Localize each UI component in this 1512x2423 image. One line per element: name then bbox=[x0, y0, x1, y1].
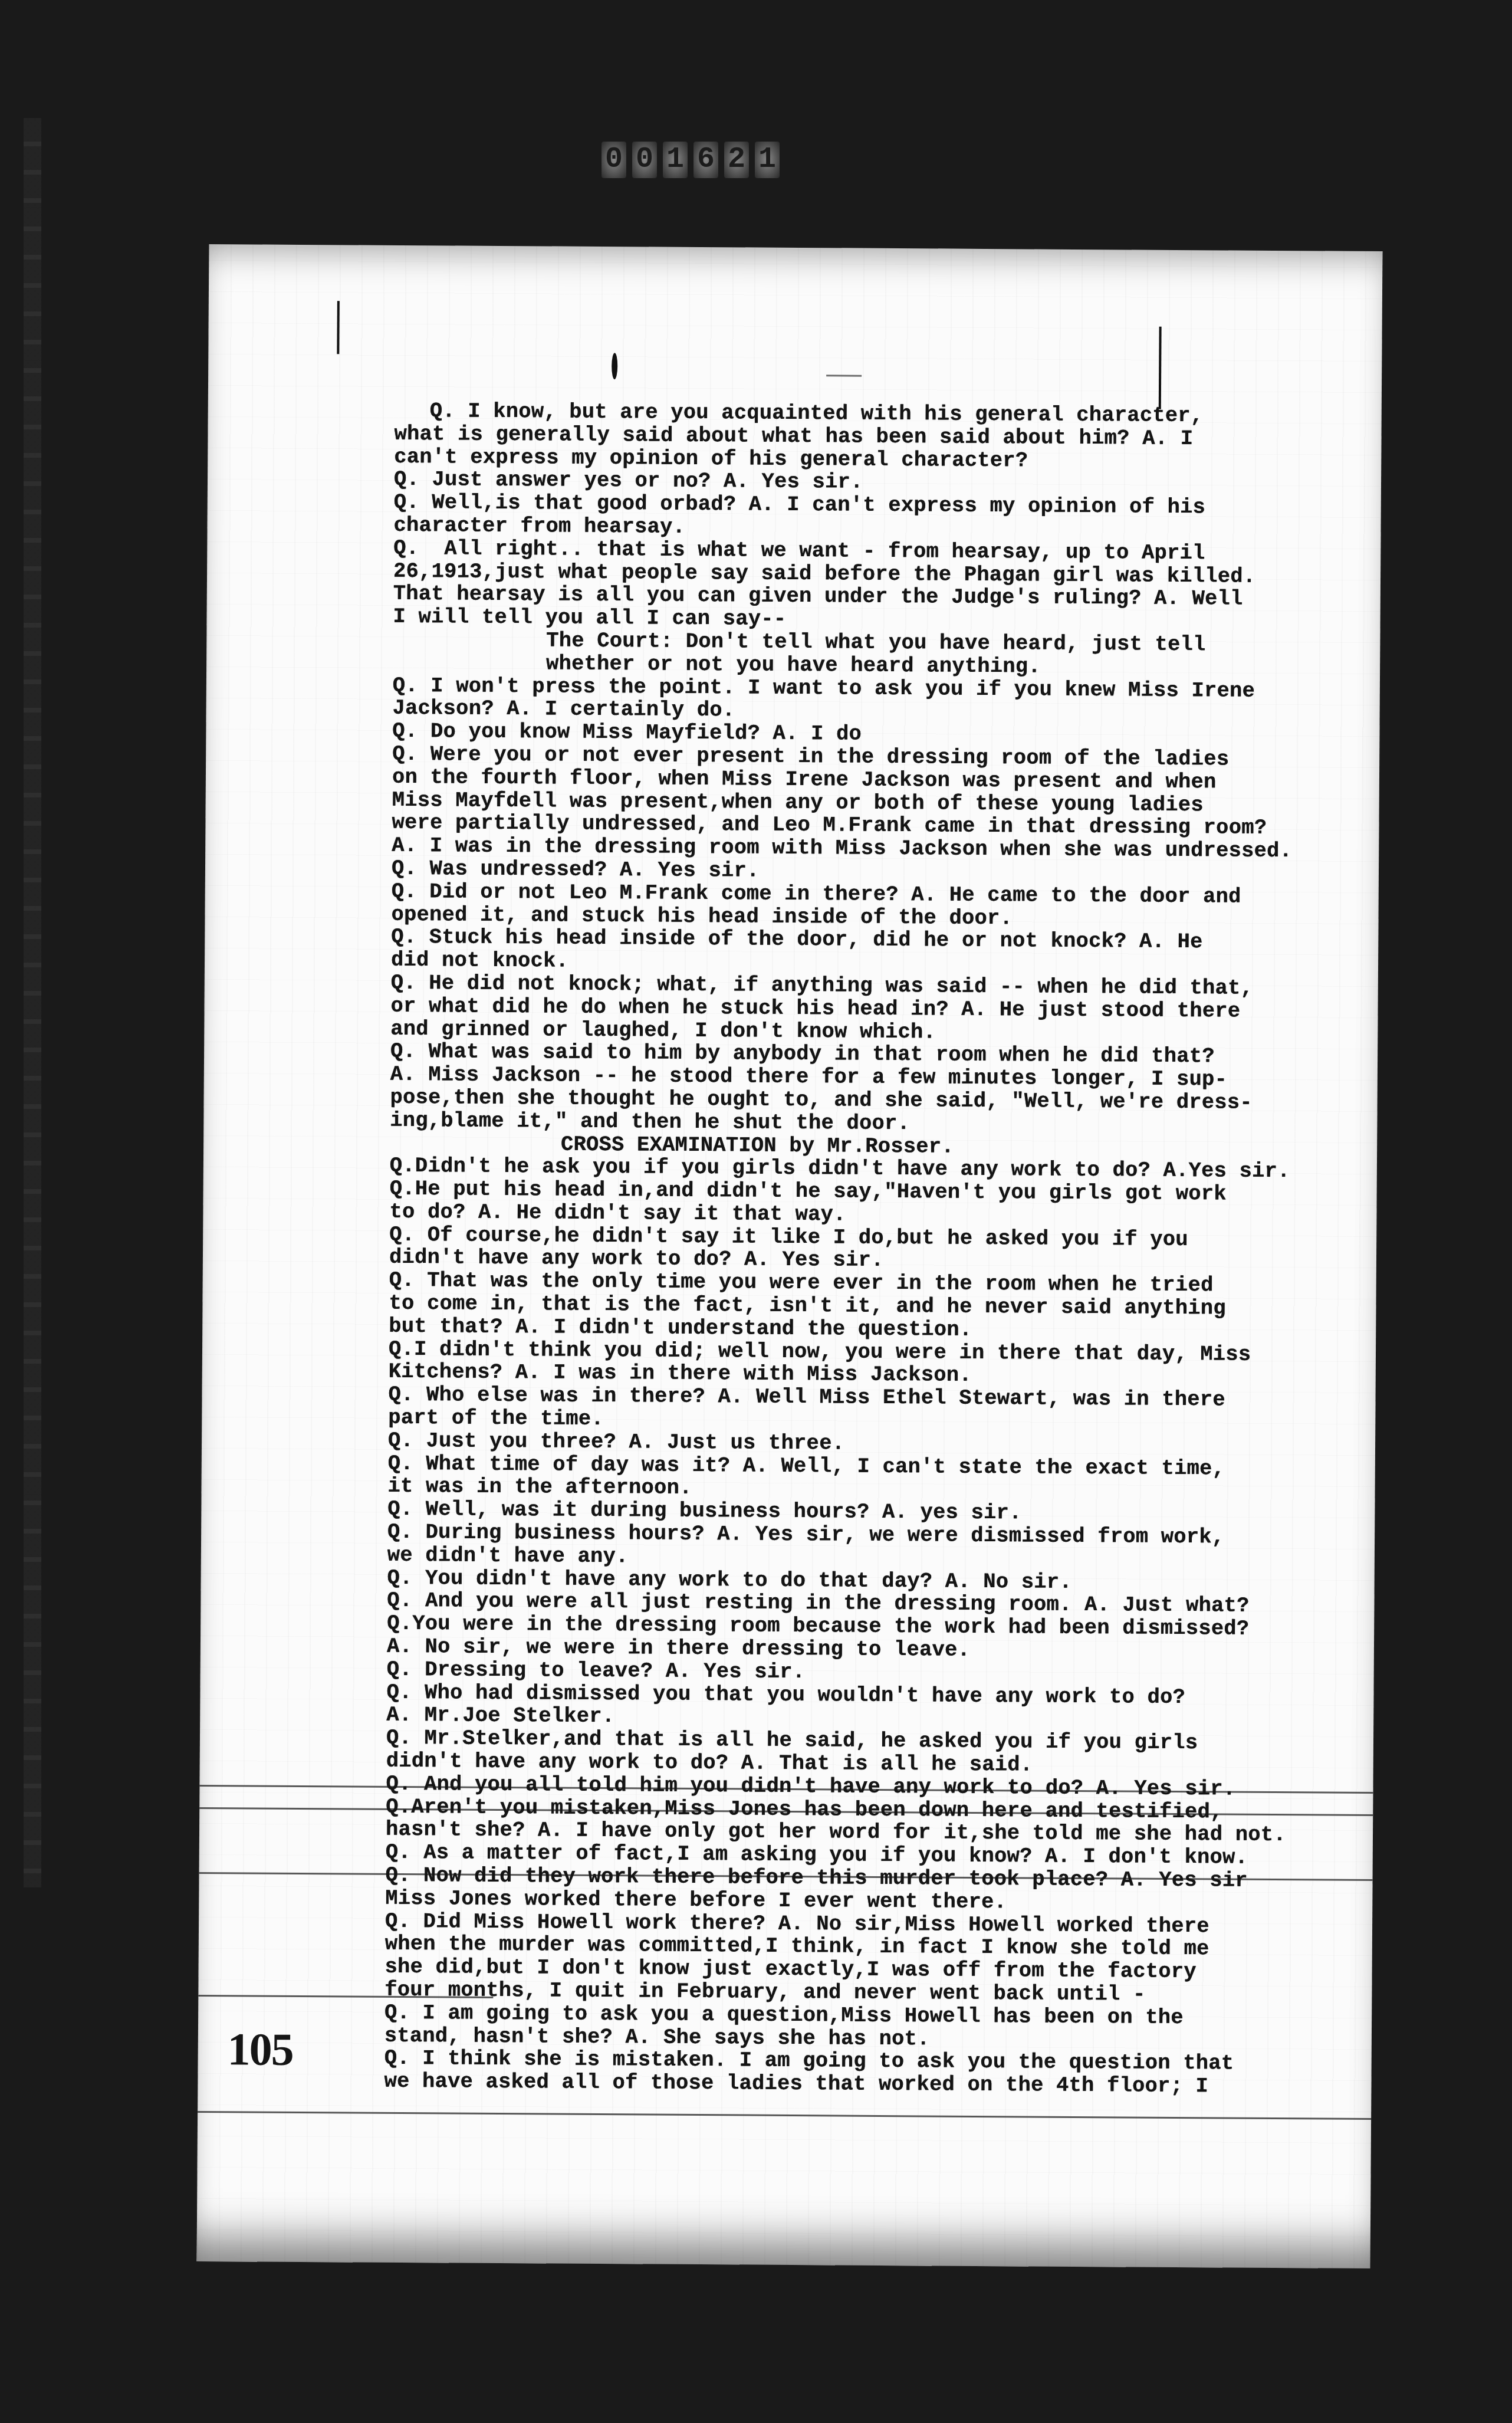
frame-number-digit: 2 bbox=[724, 142, 749, 178]
page-number: 105 bbox=[227, 2023, 293, 2076]
film-edge-perforations bbox=[24, 118, 41, 1887]
frame-number-digit: 1 bbox=[663, 142, 688, 178]
frame-number: 001621 bbox=[601, 142, 780, 178]
frame-number-digit: 0 bbox=[601, 142, 626, 178]
frame-number-digit: 6 bbox=[693, 142, 718, 178]
scan-mark bbox=[337, 301, 340, 354]
transcript-body: Q. I know, but are you acquainted with h… bbox=[384, 400, 1373, 2099]
scan-mark bbox=[826, 375, 862, 376]
frame-number-digit: 1 bbox=[755, 142, 780, 178]
scan-mark bbox=[612, 353, 617, 379]
document-page: 105 Q. I know, but are you acquainted wi… bbox=[197, 244, 1383, 2268]
frame-number-digit: 0 bbox=[632, 142, 657, 178]
ruled-line bbox=[198, 2111, 1371, 2120]
scan-mark bbox=[1159, 327, 1162, 409]
